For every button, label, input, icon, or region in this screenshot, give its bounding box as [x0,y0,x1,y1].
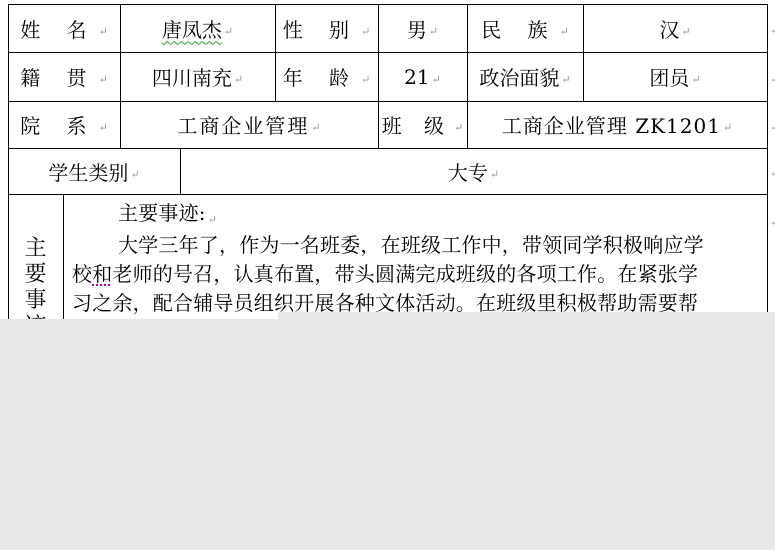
gender-value-cell[interactable]: 男↵ [378,4,467,52]
hometown-label: 籍 贯 [20,62,96,91]
paragraph-mark-icon: ↵ [130,168,139,181]
row-end-mark-icon: ↵ [770,24,775,37]
name-label-cell: 姓 名↵ [8,4,120,52]
paragraph-mark-icon: ↵ [681,25,690,38]
paragraph-mark-icon: ↵ [560,25,569,38]
grammar-flag: 和 [92,262,112,286]
department-label: 院 系 [20,110,96,139]
deeds-paragraph-line: 大学三年了，作为一名班委，在班级工作中，带领同学积极响应学 [72,231,764,260]
paragraph-mark-icon: ↵ [99,121,108,134]
student-type-label: 学生类别 [48,157,128,186]
gender-label-cell: 性 别↵ [275,4,378,52]
paragraph-mark-icon: ↵ [361,25,370,38]
unrendered-region [278,312,775,550]
student-type-label-cell: 学生类别↵ [8,148,180,194]
class-value-cell[interactable]: 工商企业管理 ZK1201↵ [467,101,767,148]
age-label-cell: 年 龄↵ [275,52,378,101]
paragraph-mark-icon: ↵ [723,121,732,134]
paragraph-mark-icon: ↵ [490,168,499,181]
paragraph-mark-icon: ↵ [361,73,370,86]
paragraph-mark-icon: ↵ [208,213,217,226]
paragraph-mark-icon: ↵ [561,73,570,86]
row-end-mark-icon: ↵ [770,167,775,180]
paragraph-mark-icon: ↵ [99,25,108,38]
document-page: 姓 名↵ 唐凤杰↵ 性 别↵ 男↵ 民 族↵ 汉↵ ↵ 籍 贯↵ 四川南充↵ 年… [0,0,775,550]
deeds-paragraph-line: 校和老师的号召，认真布置，带头圆满完成班级的各项工作。在紧张学 [72,260,764,289]
paragraph-mark-icon: ↵ [432,73,441,86]
name-label: 姓 名 [20,14,96,43]
ethnicity-label: 民 族 [481,14,557,43]
row-end-mark-icon: ↵ [770,216,775,229]
paragraph-mark-icon: ↵ [454,121,463,134]
age-label: 年 龄 [283,62,359,91]
paragraph-mark-icon: ↵ [429,25,438,38]
student-type-value: 大专 [448,157,488,186]
row-end-mark-icon: ↵ [770,73,775,86]
age-value: 21 [404,65,429,89]
deeds-heading: 主要事迹:↵ [72,199,764,231]
paragraph-mark-icon: ↵ [224,25,233,38]
political-value: 团员 [649,62,689,91]
hometown-value-cell[interactable]: 四川南充↵ [120,52,275,101]
department-label-cell: 院 系↵ [8,101,120,148]
row-divider-4 [8,194,768,195]
row-end-mark-icon: ↵ [770,121,775,134]
col-line-row5 [63,194,64,324]
table-border-right [767,4,768,324]
paragraph-mark-icon: ↵ [311,121,320,134]
hometown-label-cell: 籍 贯↵ [8,52,120,101]
hometown-value: 四川南充 [152,62,232,91]
name-value: 唐凤杰 [162,14,222,43]
ethnicity-label-cell: 民 族↵ [467,4,583,52]
unrendered-region [0,319,278,550]
paragraph-mark-icon: ↵ [99,73,108,86]
deeds-side-char: 主 [24,236,46,262]
student-type-value-cell[interactable]: 大专↵ [180,148,767,194]
department-value: 工商企业管理 [177,110,309,139]
gender-label: 性 别 [283,14,359,43]
deeds-side-char: 事 [24,288,46,314]
class-value: 工商企业管理 ZK1201 [502,110,721,139]
ethnicity-value: 汉 [659,14,679,43]
political-label: 政治面貌 [479,62,559,91]
class-label-cell: 班 级↵ [378,101,467,148]
class-label: 班 级 [382,110,452,139]
ethnicity-value-cell[interactable]: 汉↵ [583,4,767,52]
political-value-cell[interactable]: 团员↵ [583,52,767,101]
department-value-cell[interactable]: 工商企业管理↵ [120,101,378,148]
name-value-cell[interactable]: 唐凤杰↵ [120,4,275,52]
political-label-cell: 政治面貌↵ [467,52,583,101]
age-value-cell[interactable]: 21↵ [378,52,467,101]
gender-value: 男 [407,14,427,43]
paragraph-mark-icon: ↵ [691,73,700,86]
paragraph-mark-icon: ↵ [234,73,243,86]
deeds-side-char: 要 [24,262,46,288]
